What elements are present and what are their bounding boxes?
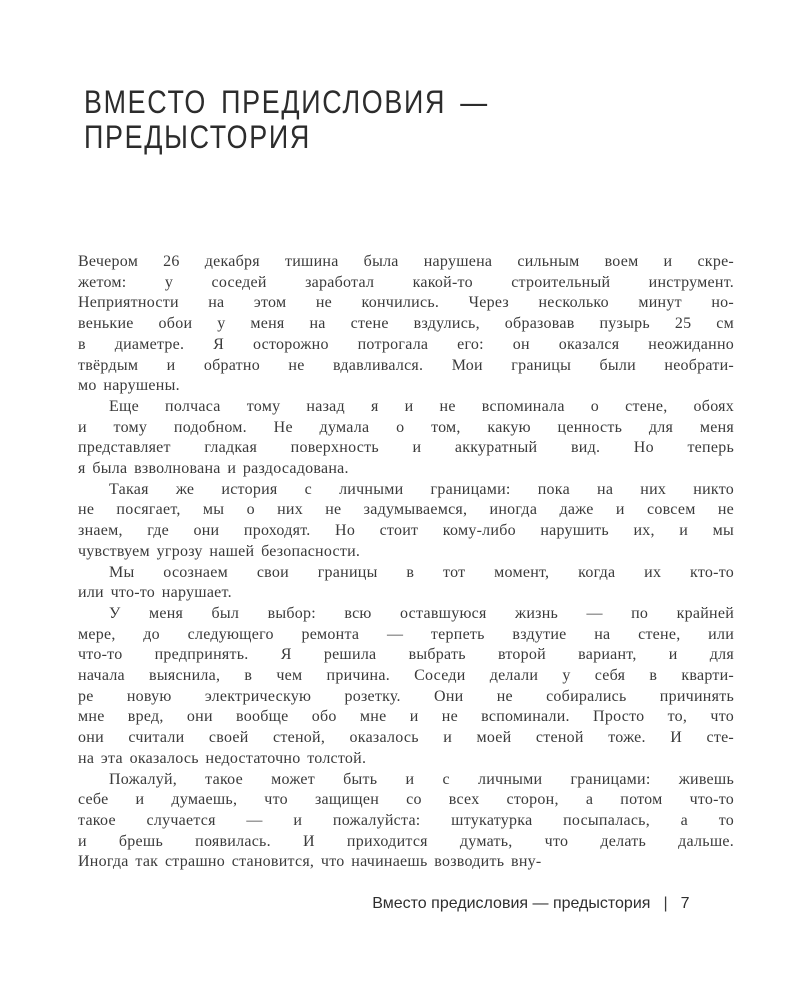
text-line: Такая же история с личными границами: по… [78,480,734,501]
footer-running-title: Вместо предисловия — предыстория [372,894,650,914]
text-line: Еще полчаса тому назад я и не вспоминала… [78,397,734,418]
text-line: венькие обои у меня на стене вздулись, о… [78,314,734,335]
text-line: Пожалуй, такое может быть и с личными гр… [78,770,734,791]
text-line: мо нарушены. [78,376,734,397]
paragraph: Вечером 26 декабря тишина была нарушена … [78,252,734,397]
text-line: Вечером 26 декабря тишина была нарушена … [78,252,734,273]
text-line: на эта оказалось недостаточно толстой. [78,749,734,770]
text-line: жетом: у соседей заработал какой-то стро… [78,273,734,294]
chapter-title: ВМЕСТО ПРЕДИСЛОВИЯ — ПРЕДЫСТОРИЯ [84,85,605,155]
text-line: такое случается — и пожалуйста: штукатур… [78,811,734,832]
text-line: мере, до следующего ремонта — терпеть вз… [78,625,734,646]
paragraph: Мы осознаем свои границы в тот момент, к… [78,563,734,604]
text-line: не посягает, мы о них не задумываемся, и… [78,500,734,521]
text-line: и тому подобном. Не думала о том, какую … [78,418,734,439]
paragraph: Пожалуй, такое может быть и с личными гр… [78,770,734,874]
text-line: что-то предпринять. Я решила выбрать вто… [78,645,734,666]
text-line: У меня был выбор: всю оставшуюся жизнь —… [78,604,734,625]
text-line: себе и думаешь, что защищен со всех стор… [78,790,734,811]
footer-separator: | [663,894,667,914]
text-line: Мы осознаем свои границы в тот момент, к… [78,563,734,584]
text-line: ре новую электрическую розетку. Они не с… [78,687,734,708]
paragraph: Еще полчаса тому назад я и не вспоминала… [78,397,734,480]
text-line: чувствуем угрозу нашей безопасности. [78,542,734,563]
text-line: они считали своей стеной, оказалось и мо… [78,728,734,749]
page-footer: Вместо предисловия — предыстория | 7 [372,894,690,914]
text-line: Иногда так страшно становится, что начин… [78,852,734,873]
chapter-title-line-1: ВМЕСТО ПРЕДИСЛОВИЯ — [84,85,605,120]
text-line: я была взволнована и раздосадована. [78,459,734,480]
text-line: и брешь появилась. И приходится думать, … [78,832,734,853]
body-text: Вечером 26 декабря тишина была нарушена … [78,252,734,873]
text-line: в диаметре. Я осторожно потрогала его: о… [78,335,734,356]
text-line: знаем, где они проходят. Но стоит кому-л… [78,521,734,542]
paragraph: У меня был выбор: всю оставшуюся жизнь —… [78,604,734,770]
text-line: Неприятности на этом не кончились. Через… [78,293,734,314]
text-line: начала выяснила, в чем причина. Соседи д… [78,666,734,687]
text-line: мне вред, они вообще обо мне и не вспоми… [78,707,734,728]
book-page: ВМЕСТО ПРЕДИСЛОВИЯ — ПРЕДЫСТОРИЯ Вечером… [0,0,800,1000]
text-line: твёрдым и обратно не вдавливался. Мои гр… [78,356,734,377]
chapter-title-line-2: ПРЕДЫСТОРИЯ [84,120,605,155]
footer-page-number: 7 [681,894,690,914]
text-line: или что-то нарушает. [78,583,734,604]
paragraph: Такая же история с личными границами: по… [78,480,734,563]
text-line: представляет гладкая поверхность и аккур… [78,438,734,459]
